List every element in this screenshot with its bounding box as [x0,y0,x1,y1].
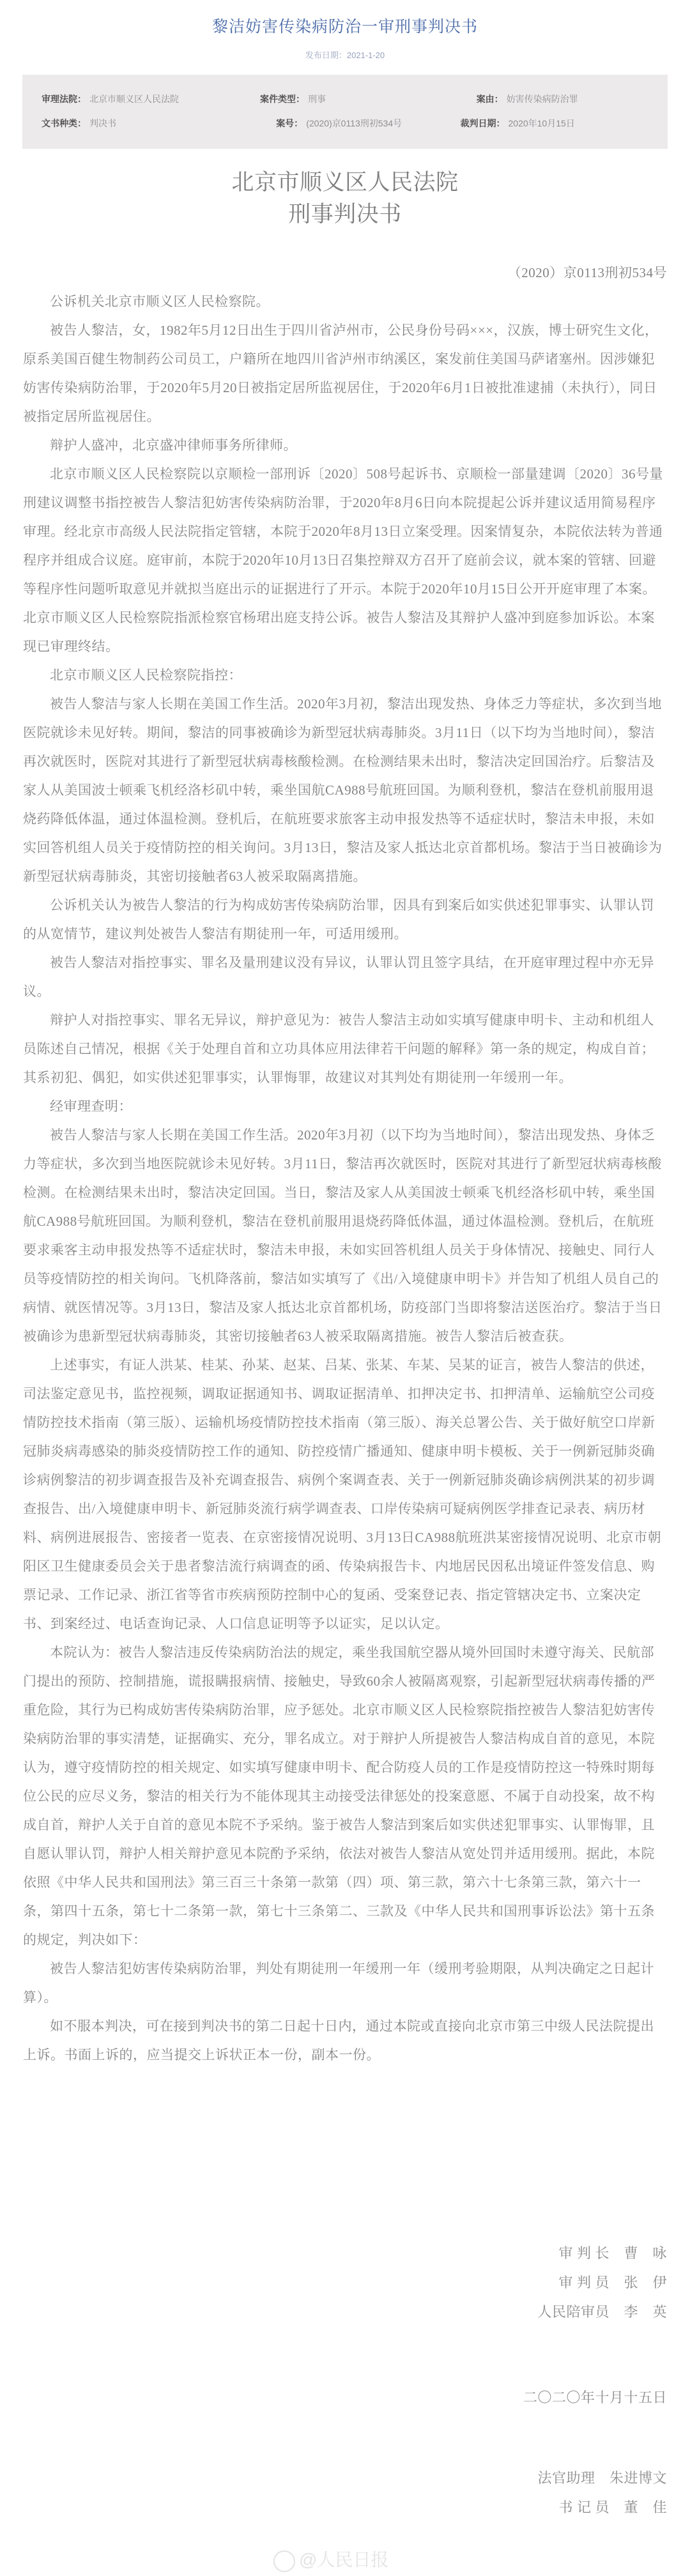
publish-date: 发布日期：2021-1-20 [0,49,690,61]
meta-judgment-date-value: 2020年10月15日 [509,118,575,128]
meta-court-label: 审理法院： [42,93,86,105]
meta-case-type-value: 刑事 [308,94,326,104]
judgment-paragraph: 北京市顺义区人民检察院以京顺检一部刑诉〔2020〕508号起诉书、京顺检一部量建… [23,460,667,661]
judgment-paragraph: 公诉机关认为被告人黎洁的行为构成妨害传染病防治罪，因具有到案后如实供述犯罪事实、… [23,891,667,949]
meta-judgment-date-label: 裁判日期： [461,117,505,130]
signature-date: 二〇二〇年十月十五日 [23,2383,667,2412]
signature-block: 审 判 长 曹 咏 审 判 员 张 伊 人民陪审员 李 英 二〇二〇年十月十五日… [23,2239,667,2522]
signature-peoples-assessor: 人民陪审员 李 英 [23,2298,667,2327]
judgment-paragraph: 本院认为：被告人黎洁违反传染病防治法的规定，乘坐我国航空器从境外回国时未遵守海关… [23,1638,667,1955]
meta-cause: 案由：妨害传染病防治罪 [461,93,649,105]
judgment-paragraph: 北京市顺义区人民检察院指控： [23,661,667,690]
judgment-paragraph: 辩护人对指控事实、罪名无异议，辩护意见为：被告人黎洁主动如实填写健康申明卡、主动… [23,1006,667,1092]
publish-date-value: 2021-1-20 [347,50,385,60]
judgment-paragraph: 经审理查明： [23,1092,667,1121]
meta-doc-kind-label: 文书种类： [42,117,86,130]
meta-court-value: 北京市顺义区人民法院 [89,94,179,104]
meta-case-number-value: (2020)京0113刑初534号 [306,118,402,128]
meta-doc-kind-value: 判决书 [89,118,116,128]
meta-doc-kind: 文书种类：判决书 [42,117,260,130]
assistant-block: 法官助理 朱进博文 书 记 员 董 佳 [23,2464,667,2522]
meta-cause-label: 案由： [461,93,503,105]
meta-cause-value: 妨害传染病防治罪 [507,94,578,104]
judgment-document: 北京市顺义区人民法院 刑事判决书 （2020）京0113刑初534号 公诉机关北… [0,167,690,2522]
signature-clerk: 书 记 员 董 佳 [23,2493,667,2522]
meta-court: 审理法院：北京市顺义区人民法院 [42,93,260,105]
meta-case-type-label: 案件类型： [260,93,305,105]
watermark-text: @人民日报 [299,2550,388,2570]
peoples-daily-logo-icon [273,2550,295,2572]
judgment-paragraph: 被告人黎洁与家人长期在美国工作生活。2020年3月初，黎洁出现发热、身体乏力等症… [23,690,667,891]
judgment-paragraph: 辩护人盛冲，北京盛冲律师事务所律师。 [23,431,667,460]
meta-case-number: 案号：(2020)京0113刑初534号 [260,117,461,130]
signature-judge: 审 判 员 张 伊 [23,2268,667,2298]
watermark-peoples-daily: @人民日报 [273,2546,388,2572]
signature-judge-assistant: 法官助理 朱进博文 [23,2464,667,2493]
meta-case-type: 案件类型：刑事 [260,93,461,105]
judgment-paragraph: 被告人黎洁，女，1982年5月12日出生于四川省泸州市，公民身份号码×××，汉族… [23,316,667,431]
judgment-page: 黎洁妨害传染病防治一审刑事判决书 发布日期：2021-1-20 审理法院：北京市… [0,14,690,2522]
meta-judgment-date: 裁判日期：2020年10月15日 [461,117,649,130]
judgment-paragraph: 如不服本判决，可在接到判决书的第二日起十日内，通过本院或直接向北京市第三中级人民… [23,2012,667,2069]
judgment-paragraph: 上述事实，有证人洪某、桂某、孙某、赵某、吕某、张某、车某、吴某的证言，被告人黎洁… [23,1351,667,1638]
signature-presiding-judge: 审 判 长 曹 咏 [23,2239,667,2268]
doc-type-heading: 刑事判决书 [23,199,667,231]
case-meta-box: 审理法院：北京市顺义区人民法院 案件类型：刑事 案由：妨害传染病防治罪 文书种类… [22,75,668,149]
meta-case-number-label: 案号： [260,117,303,130]
court-name-heading: 北京市顺义区人民法院 [23,167,667,199]
case-number-line: （2020）京0113刑初534号 [23,259,667,287]
judgment-paragraph: 公诉机关北京市顺义区人民检察院。 [23,287,667,316]
page-title: 黎洁妨害传染病防治一审刑事判决书 [0,14,690,37]
judgment-paragraph: 被告人黎洁与家人长期在美国工作生活。2020年3月初（以下均为当地时间），黎洁出… [23,1121,667,1351]
publish-date-label: 发布日期： [305,50,347,60]
judgment-paragraph: 被告人黎洁对指控事实、罪名及量刑建议没有异议，认罪认罚且签字具结，在开庭审理过程… [23,949,667,1006]
judgment-paragraph: 被告人黎洁犯妨害传染病防治罪，判处有期徒刑一年缓刑一年（缓刑考验期限，从判决确定… [23,1955,667,2012]
